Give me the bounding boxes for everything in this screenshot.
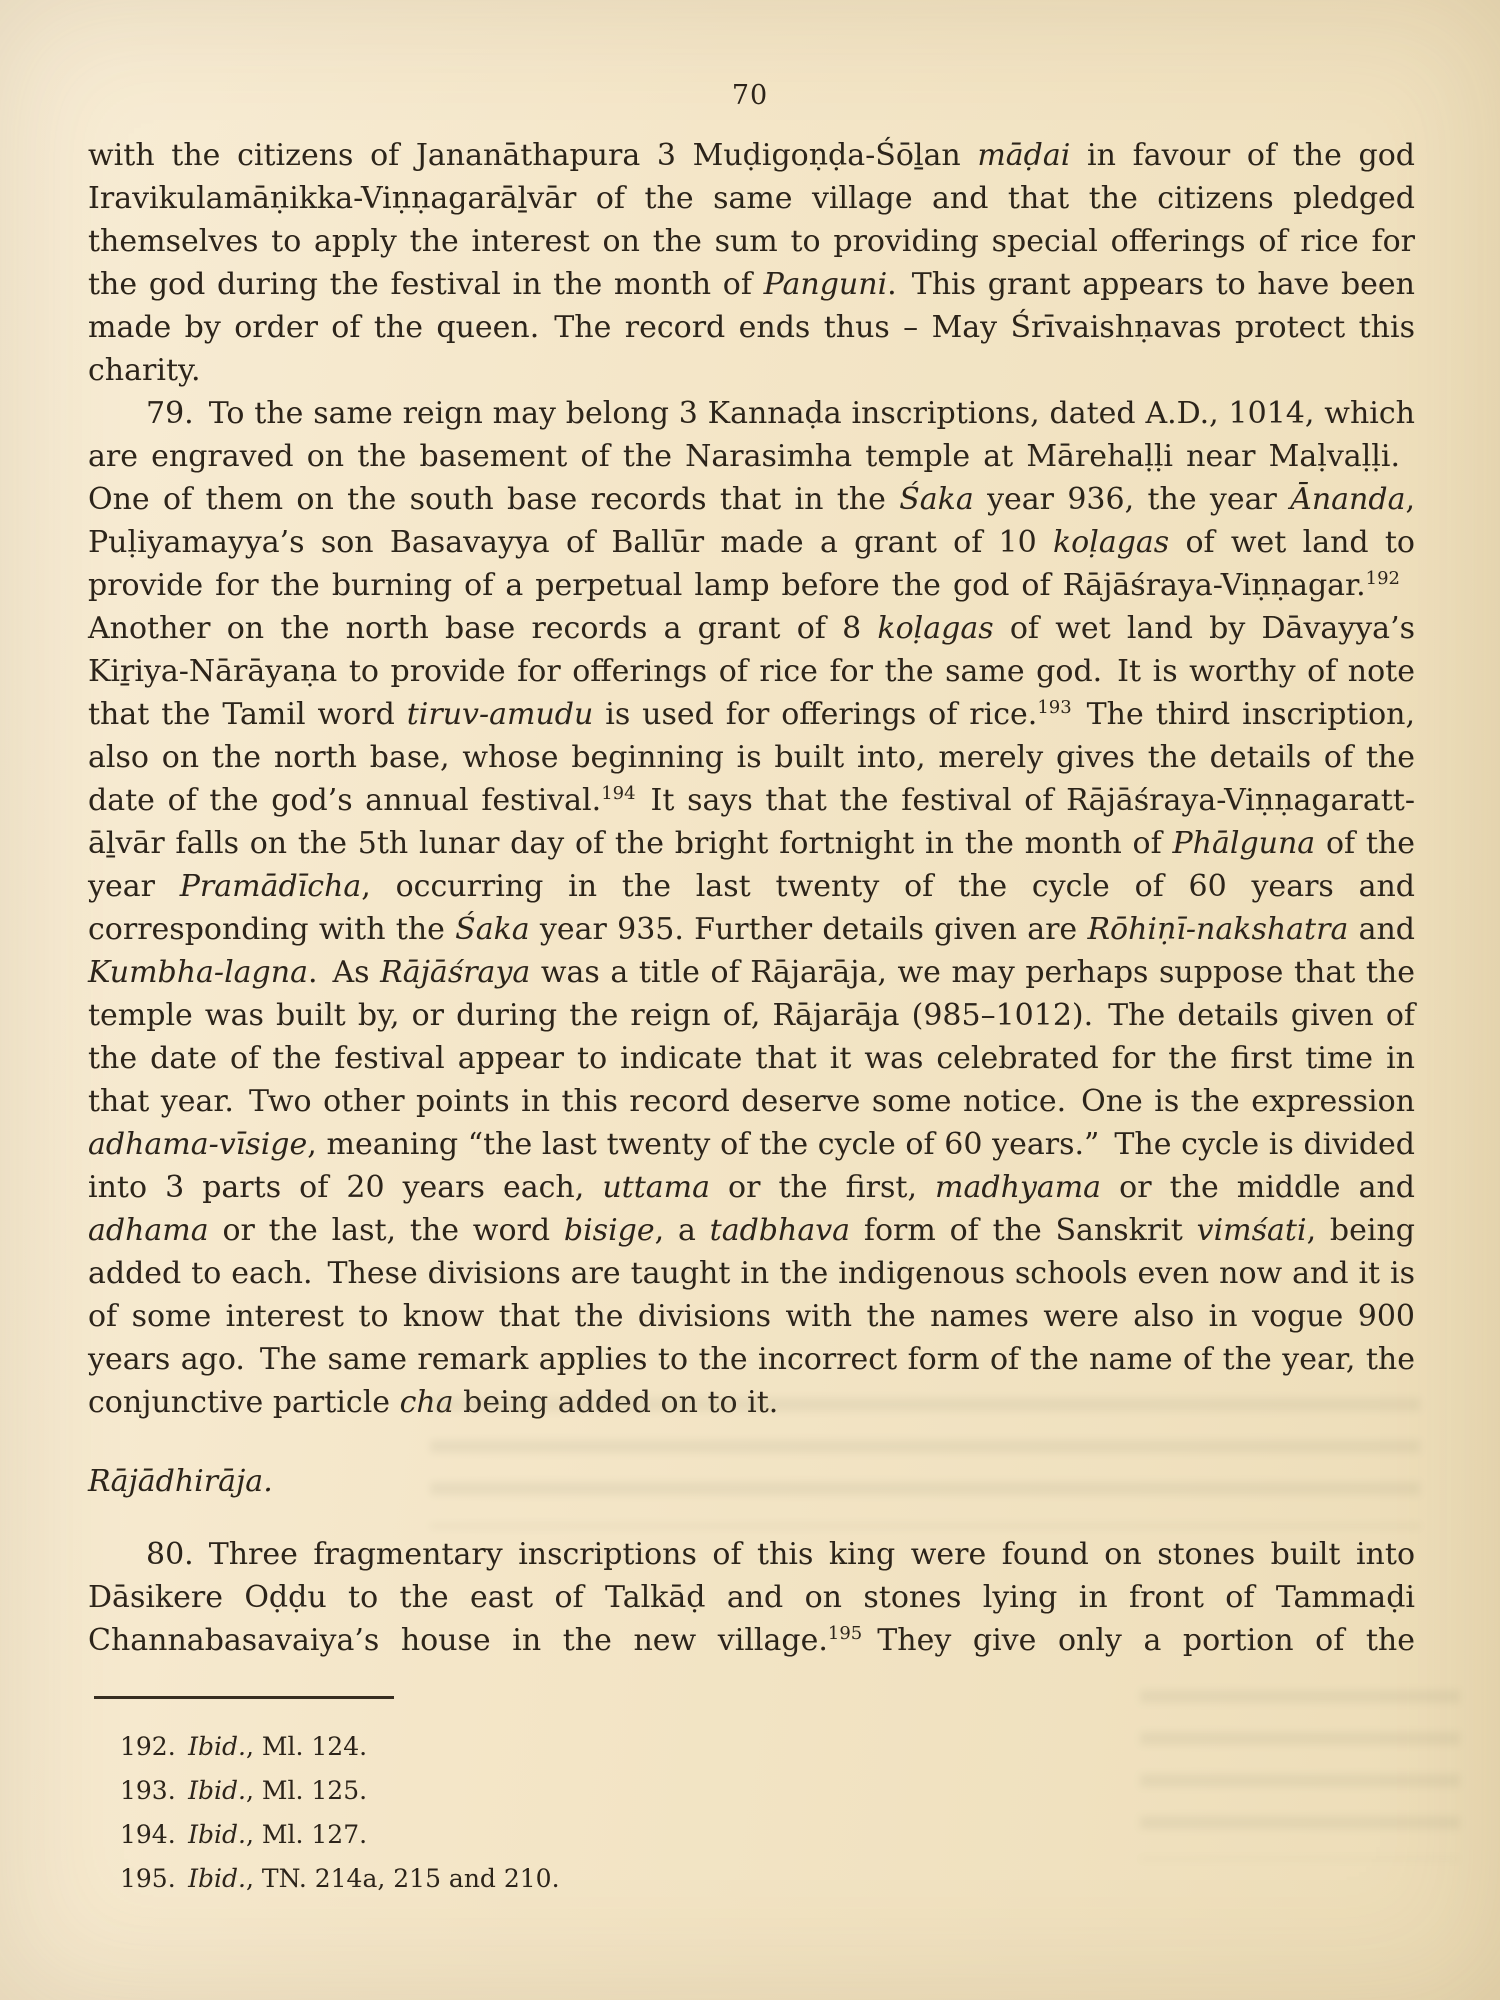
- footnote-reference: 193: [1037, 697, 1071, 718]
- paragraph-79: 79. To the same reign may belong 3 Kanna…: [88, 392, 1415, 1424]
- footnote-reference: 192: [1366, 568, 1400, 589]
- paragraph-continuation: with the citizens of Jananāthapura 3 Muḍ…: [88, 134, 1415, 392]
- footnote-item: 195. Ibid., TN. 214a, 215 and 210.: [88, 1857, 1415, 1901]
- paragraph-80: 80. Three fragmentary inscriptions of th…: [88, 1533, 1415, 1662]
- text-block: with the citizens of Jananāthapura 3 Muḍ…: [88, 134, 1415, 1901]
- footnote-item: 193. Ibid., Ml. 125.: [88, 1769, 1415, 1813]
- page-number: 70: [0, 80, 1500, 111]
- footnote-reference: 194: [601, 783, 635, 804]
- footnotes-list: 192. Ibid., Ml. 124.193. Ibid., Ml. 125.…: [88, 1725, 1415, 1901]
- scanned-book-page: 70 with the citizens of Jananāthapura 3 …: [0, 0, 1500, 2000]
- footnote-item: 194. Ibid., Ml. 127.: [88, 1813, 1415, 1857]
- footnote-divider: [94, 1696, 394, 1699]
- footnote-reference: 195: [828, 1623, 862, 1644]
- section-heading-rajadhiraja: Rājādhirāja.: [88, 1460, 1415, 1503]
- footnote-item: 192. Ibid., Ml. 124.: [88, 1725, 1415, 1769]
